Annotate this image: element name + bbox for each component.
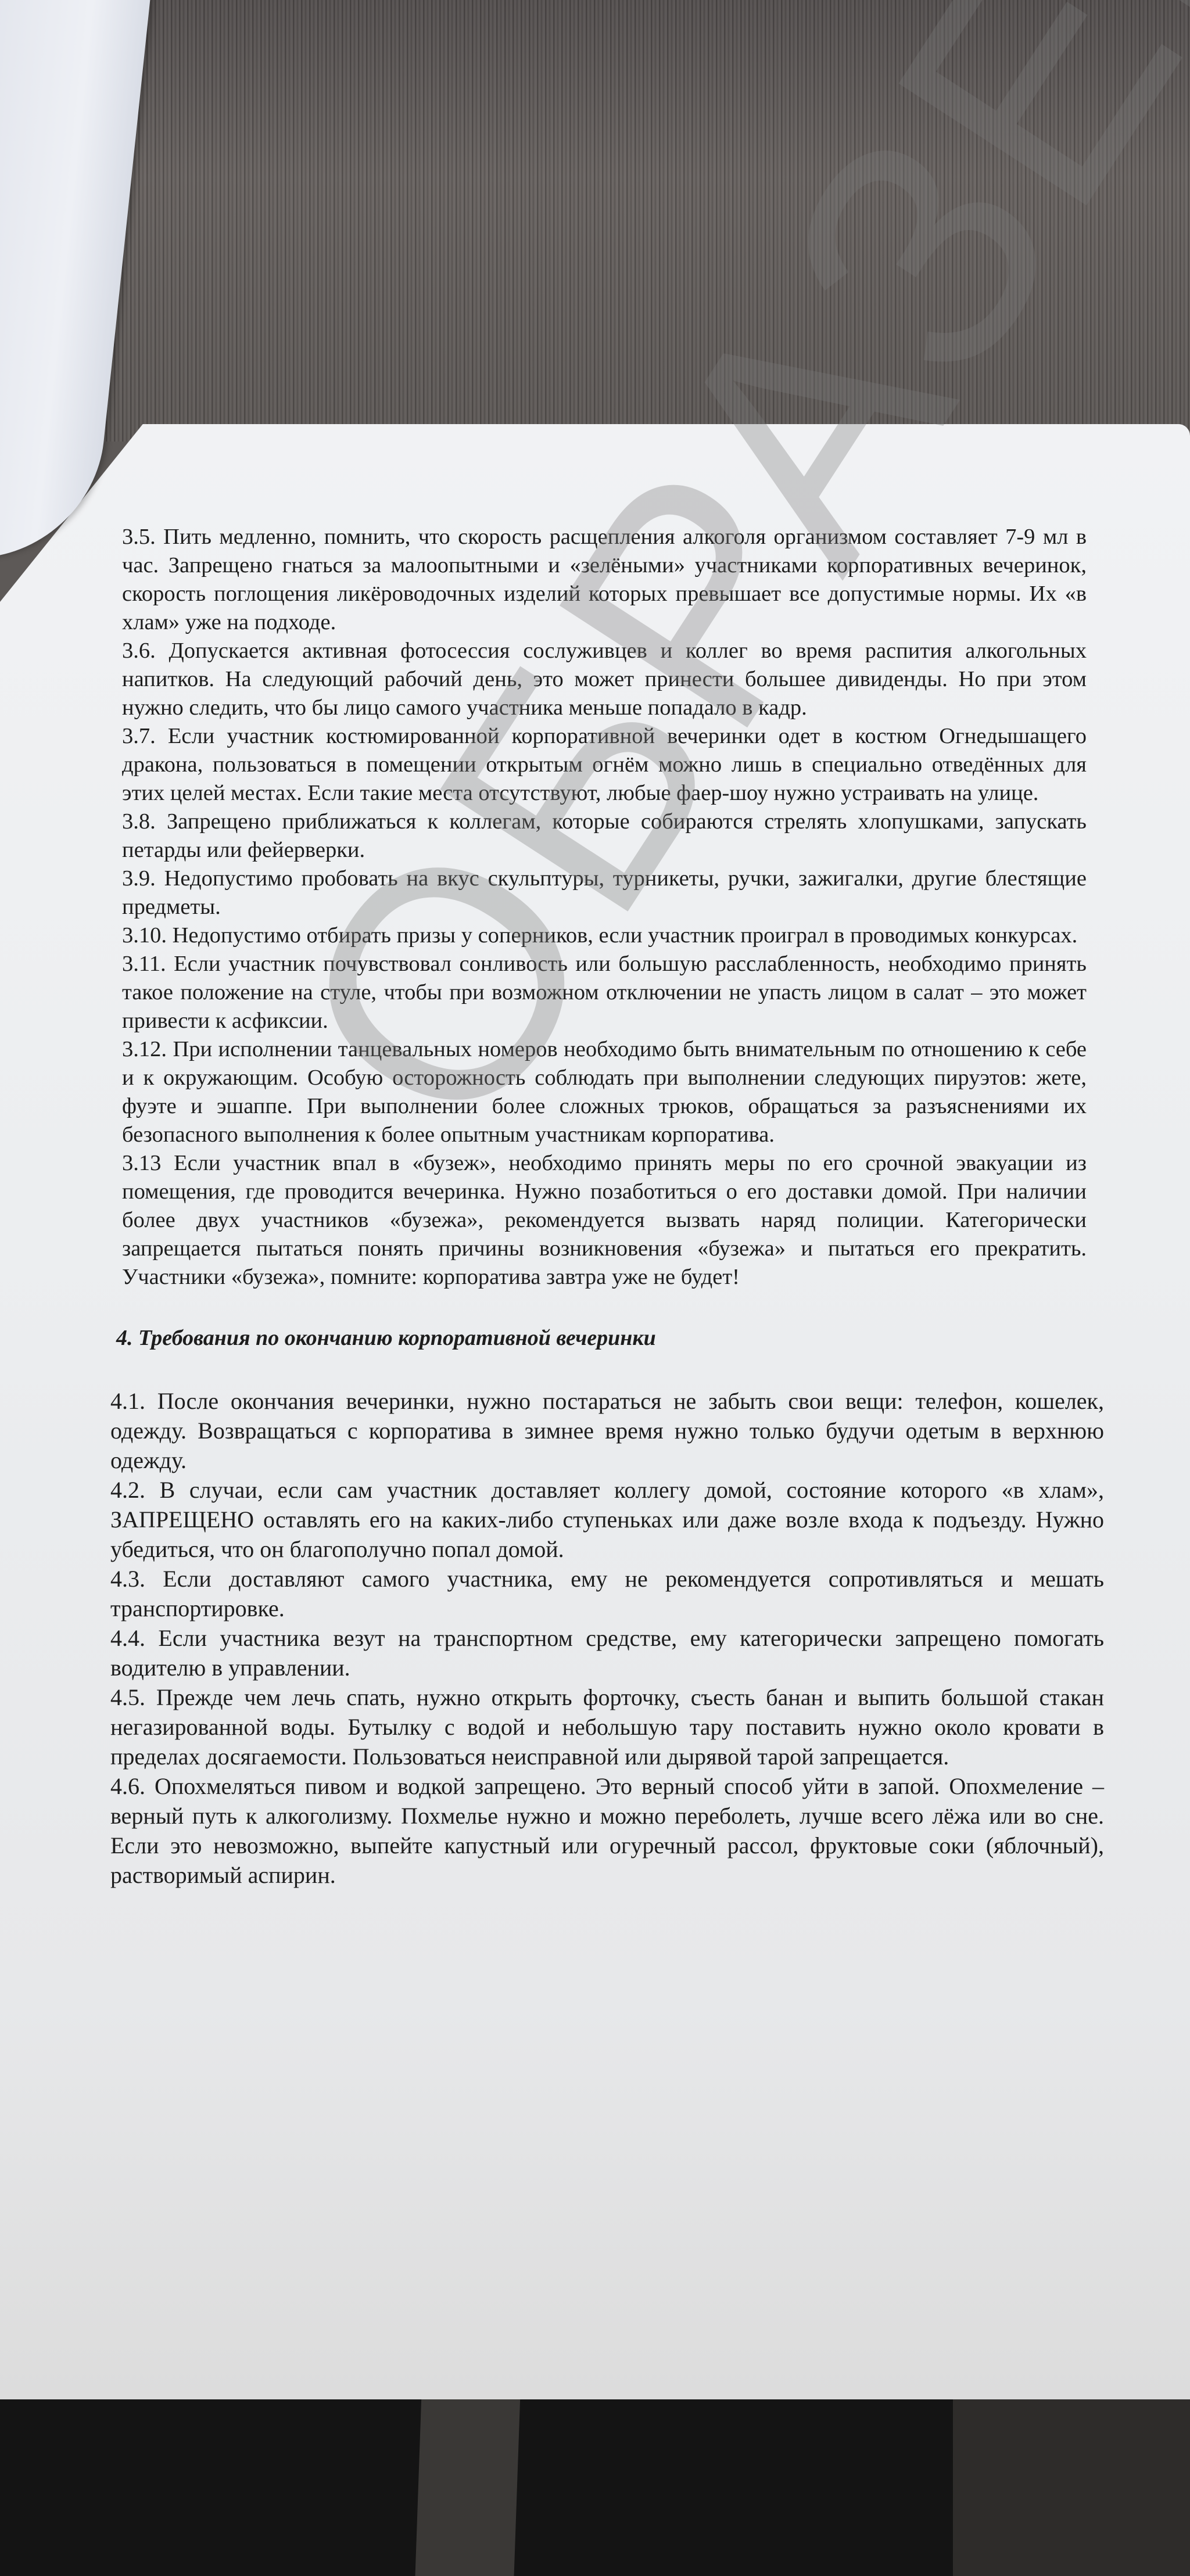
clause-3-8: 3.8. Запрещено приближаться к коллегам, … [122,808,1087,864]
clause-4-6: 4.6. Опохмеляться пивом и водкой запреще… [110,1771,1104,1890]
document-body: 3.5. Пить медленно, помнить, что скорост… [122,523,1087,1890]
wooden-table-background [0,0,1190,442]
dark-foreground [0,2394,1190,2576]
clause-3-10: 3.10. Недопустимо отбирать призы у сопер… [122,921,1087,950]
foreground-stripe [415,2394,521,2576]
foreground-stripe [953,2394,1190,2576]
clause-4-2: 4.2. В случаи, если сам участник доставл… [110,1475,1104,1564]
section-4: 4.1. После окончания вечеринки, нужно по… [110,1386,1104,1890]
clause-4-4: 4.4. Если участника везут на транспортно… [110,1623,1104,1682]
clause-3-12: 3.12. При исполнении танцевальных номеро… [122,1035,1087,1149]
clause-3-11: 3.11. Если участник почувствовал сонливо… [122,950,1087,1035]
clause-3-7: 3.7. Если участник костюмированной корпо… [122,722,1087,808]
section-4-title: 4. Требования по окончанию корпоративной… [116,1324,1087,1352]
clause-3-6: 3.6. Допускается активная фотосессия сос… [122,637,1087,722]
clause-3-9: 3.9. Недопустимо пробовать на вкус скуль… [122,864,1087,921]
clause-4-1: 4.1. После окончания вечеринки, нужно по… [110,1386,1104,1475]
clause-3-13: 3.13 Если участник впал в «бузеж», необх… [122,1149,1087,1291]
clause-4-5: 4.5. Прежде чем лечь спать, нужно открыт… [110,1682,1104,1771]
clause-4-3: 4.3. Если доставляют самого участника, е… [110,1564,1104,1623]
clause-3-5: 3.5. Пить медленно, помнить, что скорост… [122,523,1087,637]
